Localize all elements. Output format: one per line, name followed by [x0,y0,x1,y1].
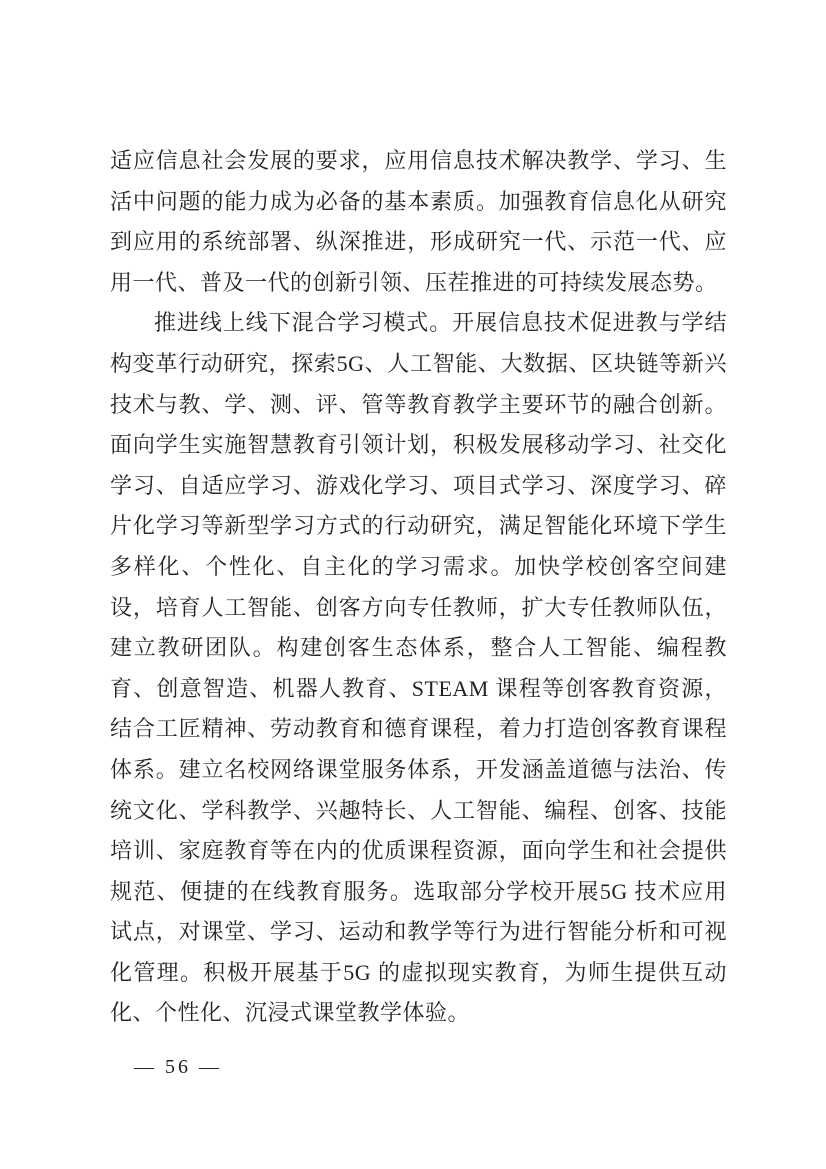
body-text: 适应信息社会发展的要求，应用信息技术解决教学、学习、生活中问题的能力成为必备的基… [110,141,727,1034]
paragraph-2: 推进线上线下混合学习模式。开展信息技术促进教与学结构变革行动研究，探索5G、人工… [110,303,727,1034]
paragraph-1: 适应信息社会发展的要求，应用信息技术解决教学、学习、生活中问题的能力成为必备的基… [110,141,727,303]
document-page: 适应信息社会发展的要求，应用信息技术解决教学、学习、生活中问题的能力成为必备的基… [0,0,826,1169]
page-number: — 56 — [134,1056,222,1079]
